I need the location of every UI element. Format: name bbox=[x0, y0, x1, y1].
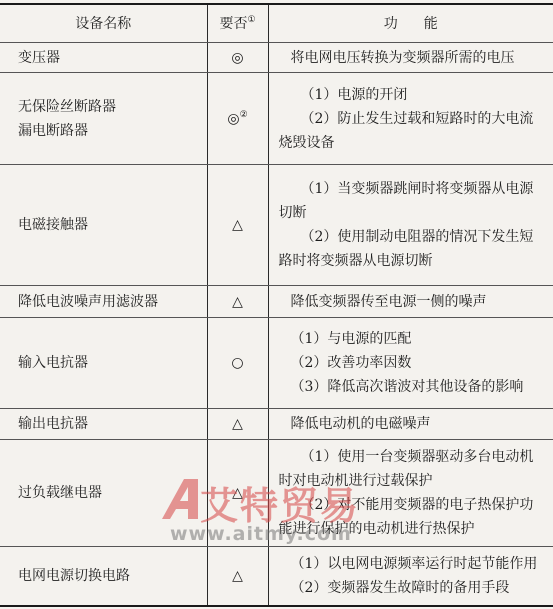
device-name-cell: 输入电抗器 bbox=[0, 318, 207, 409]
function-text: 将电网电压转换为变频器所需的电压 bbox=[279, 46, 548, 70]
device-name: 电网电源切换电路 bbox=[18, 564, 207, 588]
table-row: 降低电波噪声用滤波器 △ 降低变频器传至电源一侧的噪声 bbox=[0, 286, 553, 318]
function-text: （1）使用一台变频器驱动多台电动机 bbox=[279, 445, 548, 469]
device-name-cell: 变压器 bbox=[0, 43, 207, 73]
table-row: 电网电源切换电路 △ （1）以电网电源频率运行时起节能作用 （2）变频器发生故障… bbox=[0, 547, 553, 606]
triangle-icon: △ bbox=[232, 416, 243, 432]
required-cell: ◎ bbox=[207, 43, 268, 73]
device-name: 无保险丝断路器 bbox=[18, 95, 207, 119]
required-cell: △ bbox=[207, 547, 268, 606]
function-text: （2）使用制动电阻器的情况下发生短 bbox=[279, 225, 548, 249]
device-name: 漏电断路器 bbox=[18, 119, 207, 143]
function-text: （1）以电网电源频率运行时起节能作用 bbox=[279, 552, 548, 576]
triangle-icon: △ bbox=[232, 294, 243, 310]
required-cell: △ bbox=[207, 165, 268, 286]
device-name: 变压器 bbox=[18, 46, 207, 70]
required-cell: △ bbox=[207, 409, 268, 440]
circle-icon: ○ bbox=[231, 355, 243, 371]
triangle-icon: △ bbox=[232, 485, 243, 501]
table-row: 过负载继电器 △ （1）使用一台变频器驱动多台电动机 时对电动机进行过载保护 （… bbox=[0, 440, 553, 547]
function-cell: （1）以电网电源频率运行时起节能作用 （2）变频器发生故障时的备用手段 bbox=[268, 547, 553, 606]
function-text: 路时将变频器从电源切断 bbox=[279, 249, 548, 273]
function-text: （2）变频器发生故障时的备用手段 bbox=[279, 576, 548, 600]
table-row: 输入电抗器 ○ （1）与电源的匹配 （2）改善功率因数 （3）降低高次谐波对其他… bbox=[0, 318, 553, 409]
table-row: 电磁接触器 △ （1）当变频器跳闸时将变频器从电源 切断 （2）使用制动电阻器的… bbox=[0, 165, 553, 286]
function-text: （2）防止发生过载和短路时的大电流 bbox=[279, 107, 548, 131]
footnote-marker: ② bbox=[240, 110, 248, 120]
device-name: 输入电抗器 bbox=[18, 351, 207, 375]
required-cell: △ bbox=[207, 286, 268, 318]
device-name-cell: 电网电源切换电路 bbox=[0, 547, 207, 606]
function-cell: （1）当变频器跳闸时将变频器从电源 切断 （2）使用制动电阻器的情况下发生短 路… bbox=[268, 165, 553, 286]
required-cell: ○ bbox=[207, 318, 268, 409]
required-cell: △ bbox=[207, 440, 268, 547]
function-text: （2）改善功率因数 bbox=[279, 351, 548, 375]
header-device-name-label: 设备名称 bbox=[75, 16, 131, 32]
header-function-label: 功能 bbox=[384, 16, 464, 32]
device-name-cell: 电磁接触器 bbox=[0, 165, 207, 286]
device-name-cell: 降低电波噪声用滤波器 bbox=[0, 286, 207, 318]
footnote-marker: ① bbox=[247, 15, 255, 25]
device-name: 降低电波噪声用滤波器 bbox=[18, 290, 207, 314]
function-cell: （1）与电源的匹配 （2）改善功率因数 （3）降低高次谐波对其他设备的影响 bbox=[268, 318, 553, 409]
function-cell: （1）使用一台变频器驱动多台电动机 时对电动机进行过载保护 （2）对不能用变频器… bbox=[268, 440, 553, 547]
function-text: （1）与电源的匹配 bbox=[279, 327, 548, 351]
function-text: （3）降低高次谐波对其他设备的影响 bbox=[279, 375, 548, 399]
function-text: 能进行保护的电动机进行热保护 bbox=[279, 517, 548, 541]
header-required: 要否① bbox=[207, 4, 268, 43]
equipment-function-table: 设备名称 要否① 功能 变压器 ◎ 将电网电压转换为变频器所需的电压 bbox=[0, 3, 553, 607]
triangle-icon: △ bbox=[232, 217, 243, 233]
function-text: （2）对不能用变频器的电子热保护功 bbox=[279, 493, 548, 517]
function-text: 降低变频器传至电源一侧的噪声 bbox=[279, 290, 548, 314]
function-text: 烧毁设备 bbox=[279, 131, 548, 155]
function-cell: （1）电源的开闭 （2）防止发生过载和短路时的大电流 烧毁设备 bbox=[268, 73, 553, 165]
function-text: 时对电动机进行过载保护 bbox=[279, 469, 548, 493]
header-required-label: 要否 bbox=[219, 16, 247, 32]
function-text: 切断 bbox=[279, 201, 548, 225]
function-cell: 将电网电压转换为变频器所需的电压 bbox=[268, 43, 553, 73]
function-cell: 降低变频器传至电源一侧的噪声 bbox=[268, 286, 553, 318]
table-row: 变压器 ◎ 将电网电压转换为变频器所需的电压 bbox=[0, 43, 553, 73]
function-text: （1）电源的开闭 bbox=[279, 83, 548, 107]
device-name-cell: 过负载继电器 bbox=[0, 440, 207, 547]
equipment-table-container: 设备名称 要否① 功能 变压器 ◎ 将电网电压转换为变频器所需的电压 bbox=[0, 3, 553, 607]
function-text: （1）当变频器跳闸时将变频器从电源 bbox=[279, 177, 548, 201]
header-function: 功能 bbox=[268, 4, 553, 43]
device-name-cell: 输出电抗器 bbox=[0, 409, 207, 440]
header-device-name: 设备名称 bbox=[0, 4, 207, 43]
table-row: 无保险丝断路器 漏电断路器 ◎② （1）电源的开闭 （2）防止发生过载和短路时的… bbox=[0, 73, 553, 165]
table-header-row: 设备名称 要否① 功能 bbox=[0, 4, 553, 43]
device-name-cell: 无保险丝断路器 漏电断路器 bbox=[0, 73, 207, 165]
device-name: 过负载继电器 bbox=[18, 481, 207, 505]
triangle-icon: △ bbox=[232, 568, 243, 584]
table-row: 输出电抗器 △ 降低电动机的电磁噪声 bbox=[0, 409, 553, 440]
device-name: 输出电抗器 bbox=[18, 412, 207, 436]
function-cell: 降低电动机的电磁噪声 bbox=[268, 409, 553, 440]
function-text: 降低电动机的电磁噪声 bbox=[279, 412, 548, 436]
required-cell: ◎② bbox=[207, 73, 268, 165]
double-circle-icon: ◎ bbox=[227, 111, 239, 127]
device-name: 电磁接触器 bbox=[18, 213, 207, 237]
double-circle-icon: ◎ bbox=[231, 50, 243, 66]
